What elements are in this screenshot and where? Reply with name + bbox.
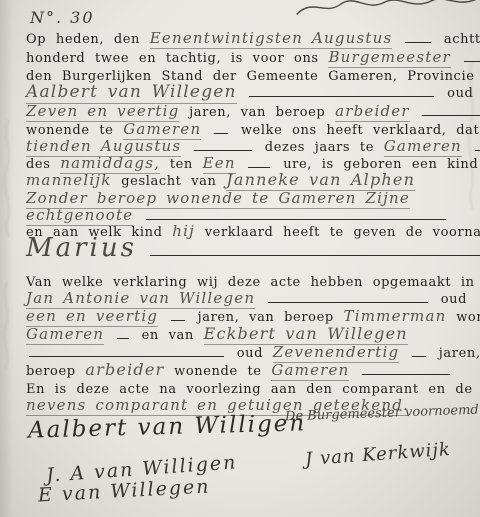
printed-text: oud — [441, 292, 467, 307]
printed-text: dezes jaars te — [265, 140, 374, 155]
fill-line — [29, 347, 224, 357]
printed-text: en van — [142, 328, 194, 343]
handwritten-date: Eenentwintigsten Augustus — [150, 29, 393, 49]
handwritten-witness2-name: Eckbert van Willegen — [204, 324, 408, 345]
fill-line — [171, 311, 185, 321]
handwritten-witness1-residence: Gameren — [26, 325, 104, 345]
printed-text: welke ons heeft verklaard, dat op den — [241, 123, 480, 138]
fill-line — [249, 87, 434, 97]
printed-text: Van welke verklaring wij deze acte hebbe… — [26, 275, 480, 290]
fill-line — [214, 124, 228, 134]
fill-line — [464, 52, 480, 62]
form-line-date: Op heden, den Eenentwintigsten Augustus … — [26, 30, 480, 48]
printed-text: jaren, van — [439, 346, 480, 361]
handwritten-age: Zeven en veertig — [26, 102, 179, 122]
form-line-witness1: Jan Antonie van Willegen oud — [26, 290, 467, 308]
form-line-witness2: Gameren en van Eckbert van Willegen — [26, 325, 408, 344]
fill-line — [194, 141, 252, 151]
handwritten-witness1-occupation: Timmerman — [344, 307, 447, 325]
fill-line — [117, 329, 129, 339]
child-name-line: Marius — [26, 240, 480, 261]
bleed-through-mark — [0, 118, 16, 238]
handwritten-witness1-age: een en veertig — [26, 307, 158, 327]
printed-text: wonende te — [456, 310, 480, 325]
fill-line — [405, 33, 431, 43]
act-number: N°. 30 — [30, 8, 95, 27]
form-line-age-beroep: Zeven en veertig jaren, van beroep arbei… — [26, 103, 480, 121]
printed-text: Op heden, den — [26, 32, 140, 47]
printed-text: geslacht van — [121, 174, 216, 189]
printed-text: En is deze acte na voorlezing aan den co… — [26, 382, 480, 397]
handwritten-witness2-occupation: arbeider — [85, 360, 164, 379]
birth-act-scan: N°. 30 Op heden, den Eenentwintigsten Au… — [0, 0, 480, 517]
cut-off-handwriting-fragment — [295, 0, 480, 18]
printed-text: voorna — [433, 225, 480, 240]
form-line-year-official: honderd twee en tachtig, is voor ons Bur… — [26, 49, 480, 67]
handwritten-witness2-residence: Gameren — [271, 361, 349, 381]
printed-text: ten — [170, 157, 193, 172]
handwritten-birthplace: Gameren — [384, 137, 462, 157]
printed-text: jaren, van beroep — [189, 105, 325, 120]
fill-line — [412, 347, 426, 357]
printed-text: beroep — [26, 364, 76, 379]
printed-text: des — [26, 157, 51, 172]
handwritten-child-name: Marius — [26, 233, 137, 263]
fill-line — [362, 365, 450, 375]
fill-line — [248, 158, 270, 168]
handwritten-witness1-name: Jan Antonie van Willegen — [26, 289, 255, 309]
form-line-declarant: Aalbert van Willegen oud — [26, 84, 473, 102]
form-line-geslacht: mannelijk geslacht van Janneke van Alphe… — [26, 171, 415, 190]
handwritten-official: Burgemeester — [328, 48, 450, 68]
fill-line — [422, 106, 480, 116]
bleed-through-mark — [0, 280, 14, 370]
printed-text: wonende te — [174, 364, 261, 379]
handwritten-occupation: arbeider — [335, 102, 410, 122]
printed-text: oud — [237, 346, 263, 361]
printed-text: jaren, van beroep — [198, 310, 334, 325]
handwritten-declarant-name: Aalbert van Willegen — [26, 82, 237, 104]
fill-line — [146, 210, 446, 220]
printed-text: achttien — [444, 32, 480, 47]
fill-line — [150, 246, 480, 256]
form-line-witness2-beroep: beroep arbeider wonende te Gameren — [26, 361, 453, 380]
handwritten-hij: hij — [172, 222, 195, 240]
fill-line — [475, 141, 480, 151]
signature-burgemeester: J van Kerkwijk — [304, 439, 451, 470]
handwritten-mother-name: Janneke van Alphen — [226, 170, 415, 191]
printed-text: verklaard heeft te geven de — [205, 225, 423, 240]
printed-text: wonende te — [26, 123, 113, 138]
handwritten-witness2-age: Zevenendertig — [273, 343, 400, 363]
printed-text: honderd twee en tachtig, is voor ons — [26, 51, 319, 66]
printed-text: oud — [447, 86, 473, 101]
handwritten-sex: mannelijk — [26, 171, 112, 189]
fill-line — [268, 293, 428, 303]
